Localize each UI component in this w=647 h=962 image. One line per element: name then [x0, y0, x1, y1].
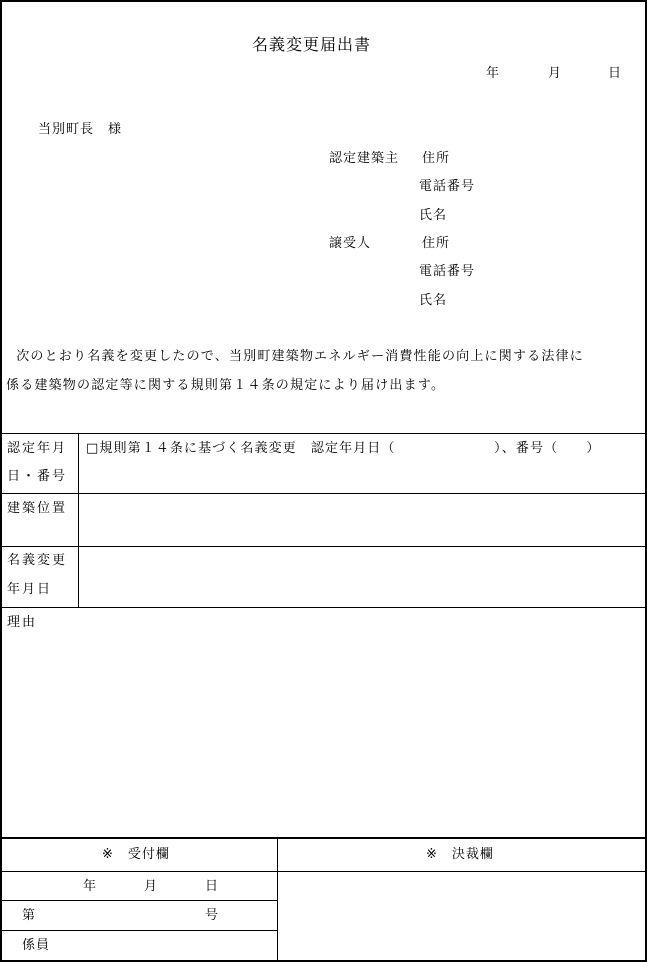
certified-builder-phone-label: 電話番号	[419, 179, 475, 194]
building-location-field[interactable]	[86, 501, 636, 541]
footer-top-border	[2, 837, 645, 839]
addressee: 当別町長 様	[38, 122, 122, 137]
date-month-label: 月	[548, 66, 561, 81]
receipt-number-suffix: 号	[205, 908, 218, 923]
decision-area	[279, 873, 643, 959]
row-label-certification-date-line-2: 日・番号	[7, 469, 67, 484]
certification-date-number-field[interactable]: □規則第１４条に基づく名義変更 認定年月日（ ）、番号（ ）	[86, 441, 600, 456]
footer-header-divider	[2, 871, 645, 872]
reason-label: 理由	[7, 615, 37, 630]
row-label-certification-date-line-1: 認定年月	[7, 441, 67, 456]
applicant-role-transferee: 譲受人	[329, 236, 371, 251]
decision-section-header: ※ 決裁欄	[426, 847, 494, 862]
row-divider-3	[2, 607, 645, 608]
row-divider-1	[2, 493, 645, 494]
reason-field[interactable]	[6, 634, 640, 832]
receipt-row-divider-1	[2, 900, 277, 901]
footer-column-divider	[277, 838, 278, 960]
transferee-phone-label: 電話番号	[419, 264, 475, 279]
row-label-name-change-date-line-2: 年月日	[7, 582, 52, 597]
date-year-label: 年	[486, 66, 499, 81]
certified-builder-name-label: 氏名	[419, 208, 447, 223]
certified-builder-address-label: 住所	[422, 151, 450, 166]
label-column-divider	[78, 433, 79, 607]
row-divider-2	[2, 546, 645, 547]
name-change-date-field[interactable]	[86, 553, 636, 601]
date-day-label: 日	[608, 66, 621, 81]
body-text-line-2: 係る建築物の認定等に関する規則第１４条の規定により届け出ます。	[6, 378, 445, 393]
receipt-date-month-label: 月	[144, 879, 157, 894]
receipt-row-divider-2	[2, 930, 277, 931]
document-title: 名義変更届出書	[252, 36, 371, 54]
applicant-role-certified-builder: 認定建築主	[329, 151, 399, 166]
row-label-building-location: 建築位置	[7, 501, 67, 516]
receipt-section-header: ※ 受付欄	[102, 847, 170, 862]
receipt-date-day-label: 日	[205, 879, 218, 894]
receipt-number-prefix: 第	[22, 908, 35, 923]
body-text-line-1: 次のとおり名義を変更したので、当別町建築物エネルギー消費性能の向上に関する法律に	[2, 349, 584, 364]
row-label-name-change-date-line-1: 名義変更	[7, 553, 67, 568]
receipt-staff-label: 係員	[22, 938, 50, 953]
transferee-name-label: 氏名	[419, 293, 447, 308]
table-top-border	[2, 433, 645, 434]
receipt-date-year-label: 年	[83, 879, 96, 894]
transferee-address-label: 住所	[422, 236, 450, 251]
